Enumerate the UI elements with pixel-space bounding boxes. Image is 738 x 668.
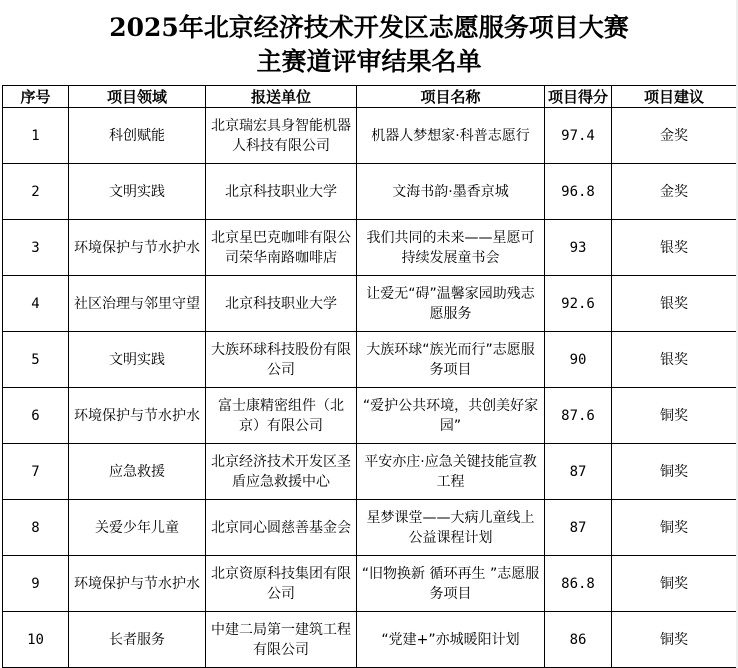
- row-index: 2: [3, 164, 69, 220]
- row-index: 1: [3, 108, 69, 164]
- row-index: 10: [3, 612, 69, 668]
- row-unit: 北京资原科技集团有限公司: [206, 556, 357, 612]
- row-project-name: 机器人梦想家·科普志愿行: [357, 108, 545, 164]
- row-field: 长者服务: [69, 612, 206, 668]
- row-award: 铜奖: [612, 444, 737, 500]
- table-row: 10长者服务中建二局第一建筑工程有限公司“党建+”亦城暖阳计划86铜奖: [3, 612, 737, 668]
- table-row: 9环境保护与节水护水北京资原科技集团有限公司“旧物换新 循环再生 ”志愿服务项目…: [3, 556, 737, 612]
- row-score: 93: [545, 220, 612, 276]
- row-field: 社区治理与邻里守望: [69, 276, 206, 332]
- row-unit: 中建二局第一建筑工程有限公司: [206, 612, 357, 668]
- row-project-name: “爱护公共环境，共创美好家园”: [357, 388, 545, 444]
- row-award: 铜奖: [612, 612, 737, 668]
- row-unit: 北京瑞宏具身智能机器人科技有限公司: [206, 108, 357, 164]
- document-title-line1: 2025年北京经济技术开发区志愿服务项目大赛: [0, 8, 738, 44]
- row-unit: 北京科技职业大学: [206, 276, 357, 332]
- row-award: 铜奖: [612, 500, 737, 556]
- header-index: 序号: [3, 86, 69, 108]
- row-field: 关爱少年儿童: [69, 500, 206, 556]
- row-unit: 北京经济技术开发区圣盾应急救援中心: [206, 444, 357, 500]
- row-project-name: 让爱无“碍”温馨家园助残志愿服务: [357, 276, 545, 332]
- row-unit: 北京科技职业大学: [206, 164, 357, 220]
- table-row: 2文明实践北京科技职业大学文海书韵·墨香京城96.8金奖: [3, 164, 737, 220]
- row-index: 5: [3, 332, 69, 388]
- row-award: 金奖: [612, 108, 737, 164]
- header-unit: 报送单位: [206, 86, 357, 108]
- row-project-name: “旧物换新 循环再生 ”志愿服务项目: [357, 556, 545, 612]
- table-row: 4社区治理与邻里守望北京科技职业大学让爱无“碍”温馨家园助残志愿服务92.6银奖: [3, 276, 737, 332]
- row-index: 7: [3, 444, 69, 500]
- row-score: 86.8: [545, 556, 612, 612]
- row-field: 应急救援: [69, 444, 206, 500]
- row-field: 环境保护与节水护水: [69, 388, 206, 444]
- row-score: 87: [545, 444, 612, 500]
- row-index: 3: [3, 220, 69, 276]
- row-project-name: “党建+”亦城暖阳计划: [357, 612, 545, 668]
- row-award: 铜奖: [612, 388, 737, 444]
- row-score: 86: [545, 612, 612, 668]
- header-award: 项目建议: [612, 86, 737, 108]
- table-row: 6环境保护与节水护水富士康精密组件（北京）有限公司“爱护公共环境，共创美好家园”…: [3, 388, 737, 444]
- document-title-line2: 主赛道评审结果名单: [0, 42, 738, 78]
- row-score: 90: [545, 332, 612, 388]
- table-header-row: 序号 项目领域 报送单位 项目名称 项目得分 项目建议: [3, 86, 737, 108]
- row-index: 8: [3, 500, 69, 556]
- row-project-name: 我们共同的未来——星愿可持续发展童书会: [357, 220, 545, 276]
- row-award: 金奖: [612, 164, 737, 220]
- row-score: 87: [545, 500, 612, 556]
- row-award: 银奖: [612, 332, 737, 388]
- row-score: 97.4: [545, 108, 612, 164]
- results-table: 序号 项目领域 报送单位 项目名称 项目得分 项目建议 1科创赋能北京瑞宏具身智…: [2, 85, 737, 668]
- table-row: 7应急救援北京经济技术开发区圣盾应急救援中心平安亦庄·应急关键技能宣教工程87铜…: [3, 444, 737, 500]
- row-project-name: 平安亦庄·应急关键技能宣教工程: [357, 444, 545, 500]
- row-index: 4: [3, 276, 69, 332]
- row-score: 96.8: [545, 164, 612, 220]
- row-field: 环境保护与节水护水: [69, 220, 206, 276]
- table-row: 3环境保护与节水护水北京星巴克咖啡有限公司荣华南路咖啡店我们共同的未来——星愿可…: [3, 220, 737, 276]
- row-award: 银奖: [612, 276, 737, 332]
- row-index: 9: [3, 556, 69, 612]
- table-row: 1科创赋能北京瑞宏具身智能机器人科技有限公司机器人梦想家·科普志愿行97.4金奖: [3, 108, 737, 164]
- row-unit: 北京同心圆慈善基金会: [206, 500, 357, 556]
- row-project-name: 文海书韵·墨香京城: [357, 164, 545, 220]
- row-award: 铜奖: [612, 556, 737, 612]
- row-score: 87.6: [545, 388, 612, 444]
- row-project-name: 星梦课堂——大病儿童线上公益课程计划: [357, 500, 545, 556]
- header-project-name: 项目名称: [357, 86, 545, 108]
- row-index: 6: [3, 388, 69, 444]
- header-field: 项目领域: [69, 86, 206, 108]
- row-field: 文明实践: [69, 164, 206, 220]
- row-field: 环境保护与节水护水: [69, 556, 206, 612]
- row-unit: 北京星巴克咖啡有限公司荣华南路咖啡店: [206, 220, 357, 276]
- row-unit: 富士康精密组件（北京）有限公司: [206, 388, 357, 444]
- table-row: 5文明实践大族环球科技股份有限公司大族环球“族光而行”志愿服务项目90银奖: [3, 332, 737, 388]
- row-award: 银奖: [612, 220, 737, 276]
- row-score: 92.6: [545, 276, 612, 332]
- row-unit: 大族环球科技股份有限公司: [206, 332, 357, 388]
- row-field: 文明实践: [69, 332, 206, 388]
- row-project-name: 大族环球“族光而行”志愿服务项目: [357, 332, 545, 388]
- row-field: 科创赋能: [69, 108, 206, 164]
- header-score: 项目得分: [545, 86, 612, 108]
- table-row: 8关爱少年儿童北京同心圆慈善基金会星梦课堂——大病儿童线上公益课程计划87铜奖: [3, 500, 737, 556]
